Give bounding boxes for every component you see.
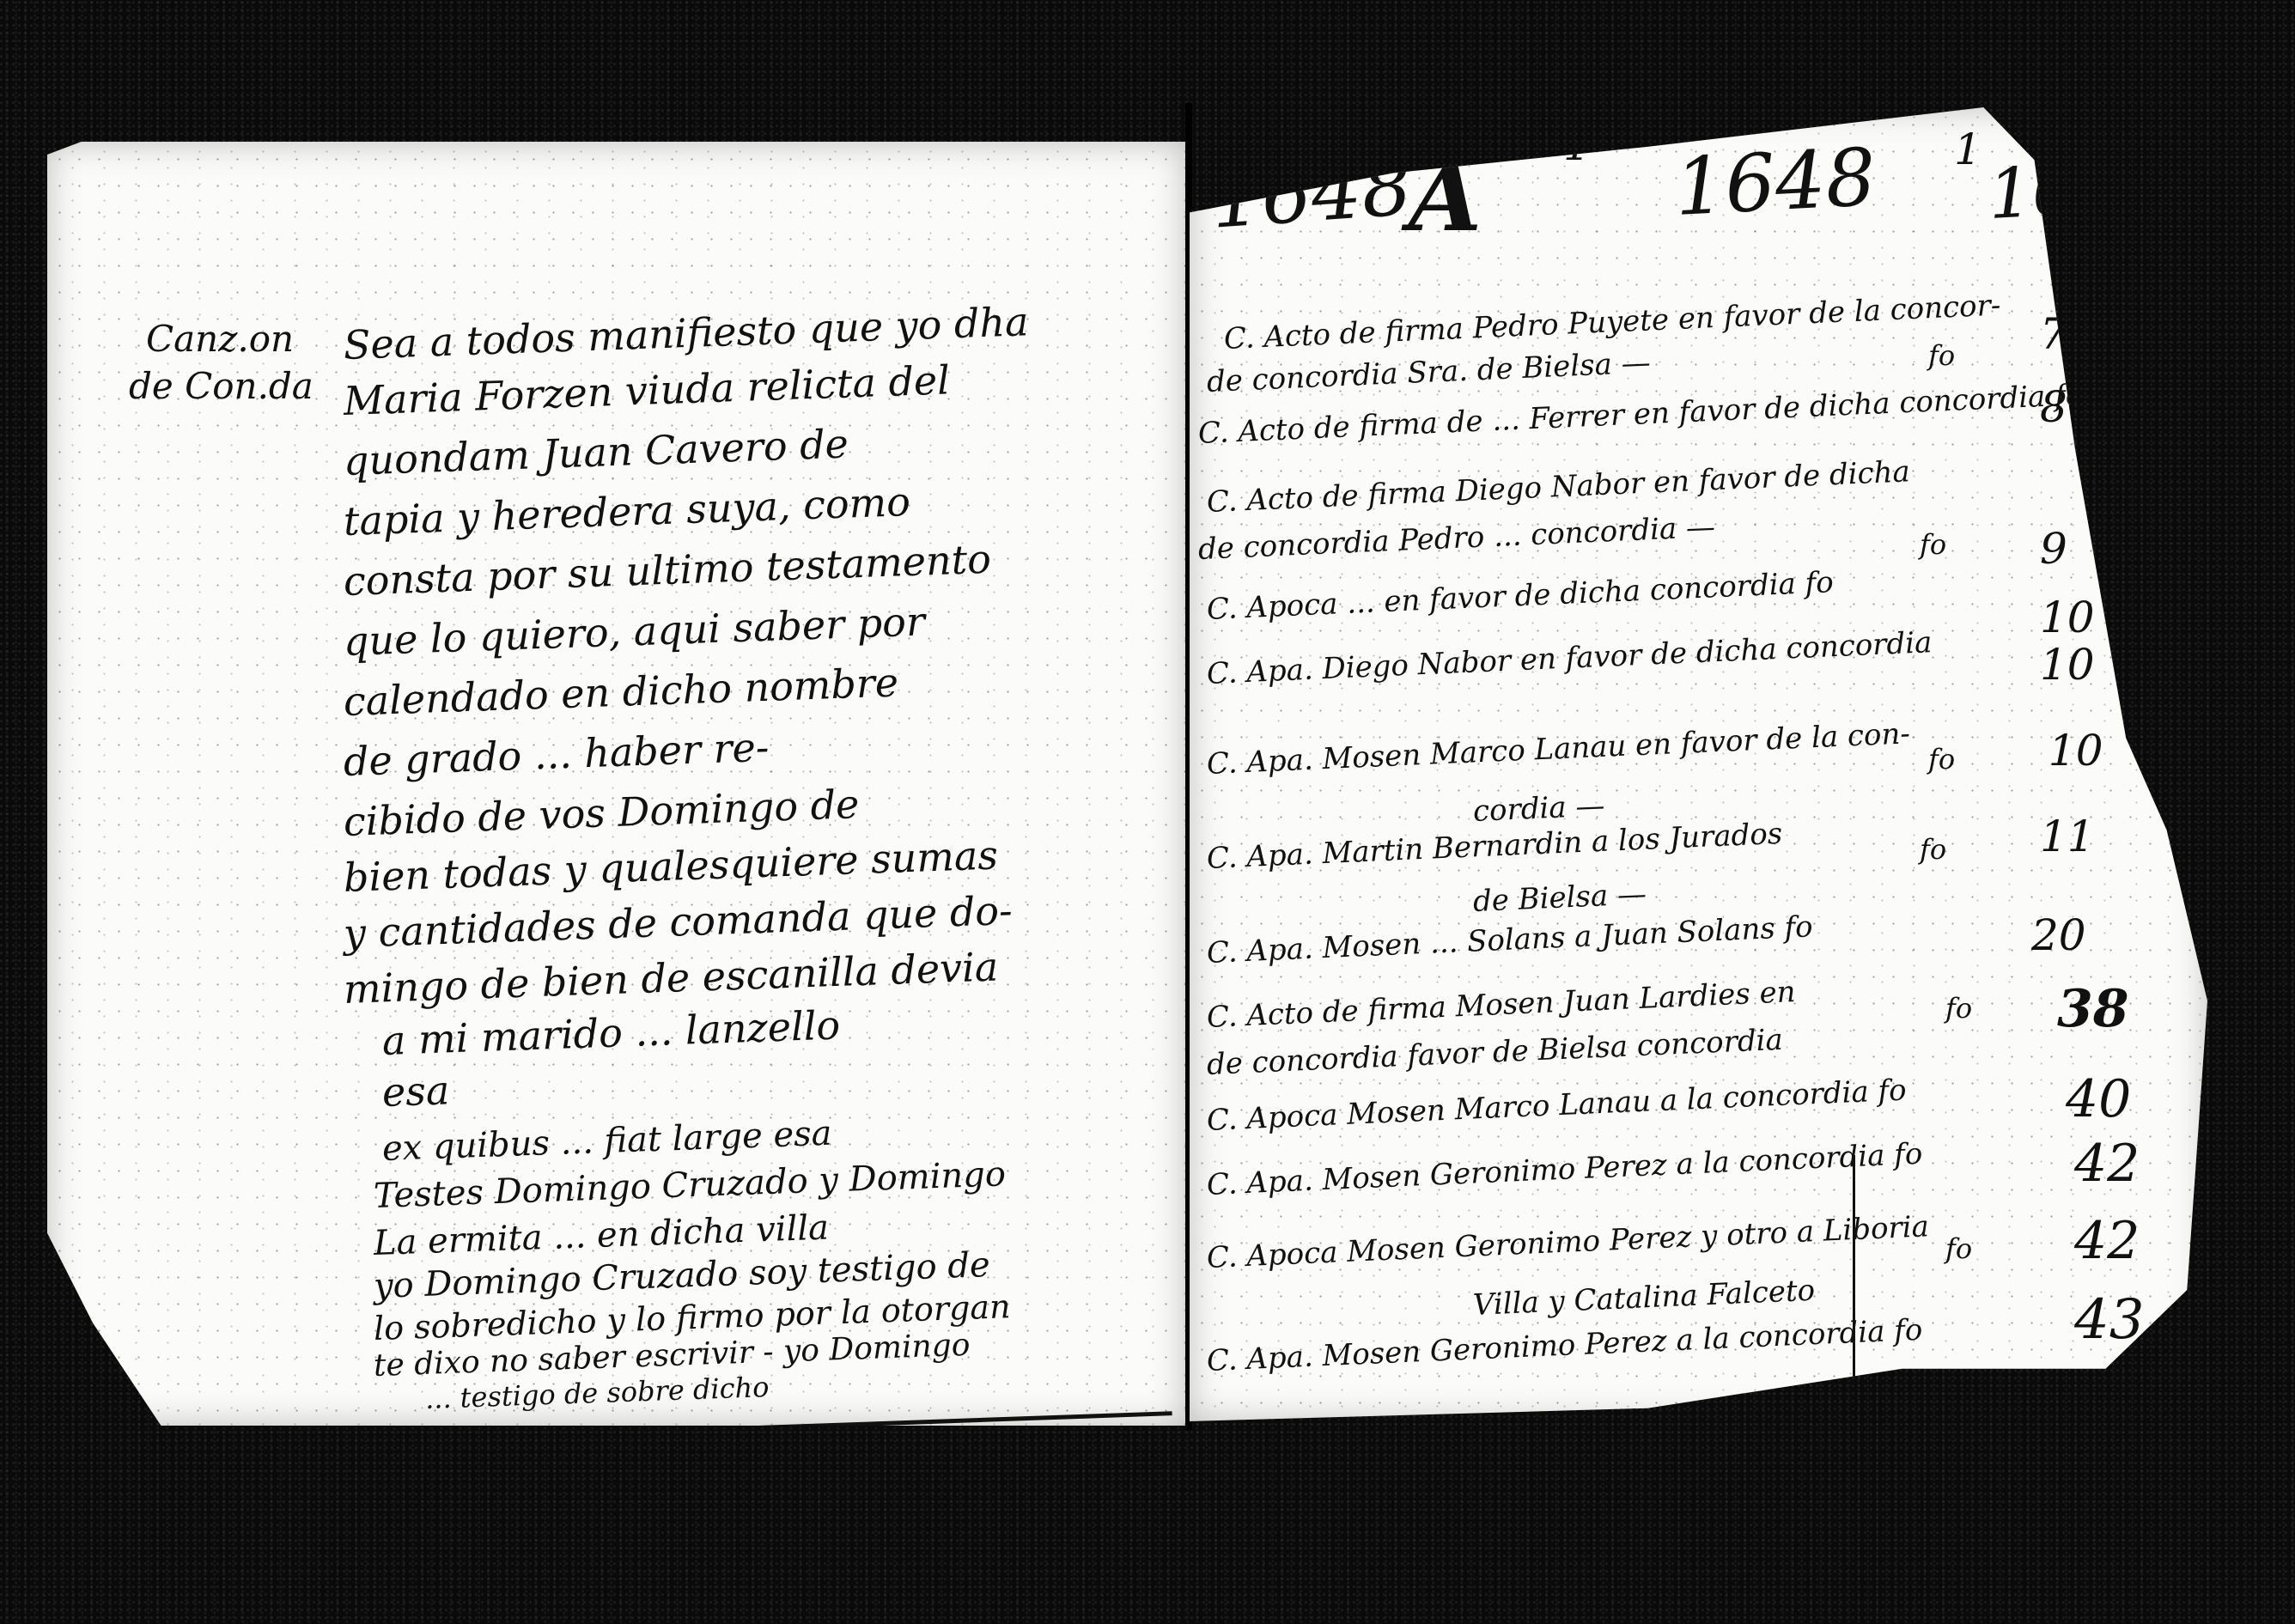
index-entry: de concordia Pedro ... concordia — bbox=[1197, 510, 1716, 567]
header-year-center: 1648 bbox=[1672, 131, 1878, 234]
folio-number: 8 bbox=[2040, 382, 2067, 432]
folio-number: 40 bbox=[2066, 1069, 2131, 1129]
index-entry: C. Apa. Mosen Geronimo Perez a la concor… bbox=[1206, 1137, 1923, 1202]
index-entry: C. Apa. Diego Nabor en favor de dicha co… bbox=[1206, 625, 1933, 691]
folio-number: 10 bbox=[2048, 726, 2103, 776]
index-entry: C. Apa. Mosen ... Solans a Juan Solans f… bbox=[1206, 909, 1813, 970]
index-entry: C. Apa. Mosen Marco Lanau en favor de la… bbox=[1206, 716, 1910, 782]
index-entry: C. Apoca ... en favor de dicha concordia… bbox=[1206, 565, 1834, 627]
index-entry: cordia — bbox=[1472, 788, 1605, 829]
body-line: a mi marido ... lanzello bbox=[381, 1001, 841, 1064]
body-line: que lo quiero, aqui saber por bbox=[343, 598, 926, 665]
body-line: cibido de vos Domingo de bbox=[343, 781, 860, 845]
body-line: calendado en dicho nombre bbox=[343, 659, 899, 725]
witness-line: ex quibus ... fiat large esa bbox=[381, 1114, 832, 1169]
body-line: de grado ... haber re- bbox=[343, 724, 770, 785]
body-line: tapia y heredera suya, como bbox=[343, 478, 911, 544]
folio-number: 10 bbox=[2040, 593, 2095, 642]
body-line: esa bbox=[381, 1067, 450, 1116]
folio-number: 42 bbox=[2074, 1134, 2140, 1194]
index-entry: C. Acto de firma Diego Nabor en favor de… bbox=[1206, 454, 1910, 520]
folio-number: 20 bbox=[2031, 910, 2086, 960]
index-entry: C. Apa. Mosen Geronimo Perez a la concor… bbox=[1206, 1313, 1923, 1378]
folio-number: 10 bbox=[2040, 640, 2095, 690]
folio-abbrev: fo bbox=[1928, 339, 1955, 372]
folio-abbrev: fo bbox=[1920, 528, 1946, 561]
index-entry: de concordia favor de Bielsa concordia bbox=[1206, 1023, 1783, 1082]
folio-abbrev: fo bbox=[1928, 743, 1955, 776]
header-mark-2: 1 bbox=[1954, 125, 1981, 174]
folio-number: 38 bbox=[2057, 979, 2129, 1039]
column-rule bbox=[1853, 1155, 1855, 1413]
folio-number: 11 bbox=[2040, 812, 2095, 861]
index-entry: Villa y Catalina Falceto bbox=[1472, 1274, 1816, 1323]
index-entry: C. Apoca Mosen Marco Lanau a la concordi… bbox=[1206, 1073, 1907, 1138]
index-entry: C. Acto de firma Pedro Puyete en favor d… bbox=[1223, 289, 2001, 356]
margin-note-line-1: Canz.on bbox=[146, 318, 294, 360]
body-line: Maria Forzen viuda relicta del bbox=[343, 356, 951, 424]
folio-abbrev: fo bbox=[1945, 992, 1972, 1025]
folio-abbrev: fo bbox=[1945, 1232, 1972, 1265]
folio-number: 42 bbox=[2074, 1211, 2140, 1271]
folio-abbrev: fo bbox=[1920, 833, 1946, 866]
left-page: Canz.on de Con.da Sea a todos manifiesto… bbox=[47, 142, 1185, 1426]
index-entry: C. Apoca Mosen Geronimo Perez y otro a L… bbox=[1206, 1209, 1930, 1275]
index-entry: de Bielsa — bbox=[1472, 877, 1647, 919]
margin-note-line-2: de Con.da bbox=[129, 365, 314, 407]
body-line: quondam Juan Cavero de bbox=[343, 420, 849, 484]
body-line: consta por su ultimo testamento bbox=[343, 536, 992, 605]
divider-rule bbox=[99, 1411, 1172, 1426]
body-line: mingo de bien de escanilla devia bbox=[343, 943, 999, 1013]
folio-number: 9 bbox=[2040, 524, 2067, 574]
